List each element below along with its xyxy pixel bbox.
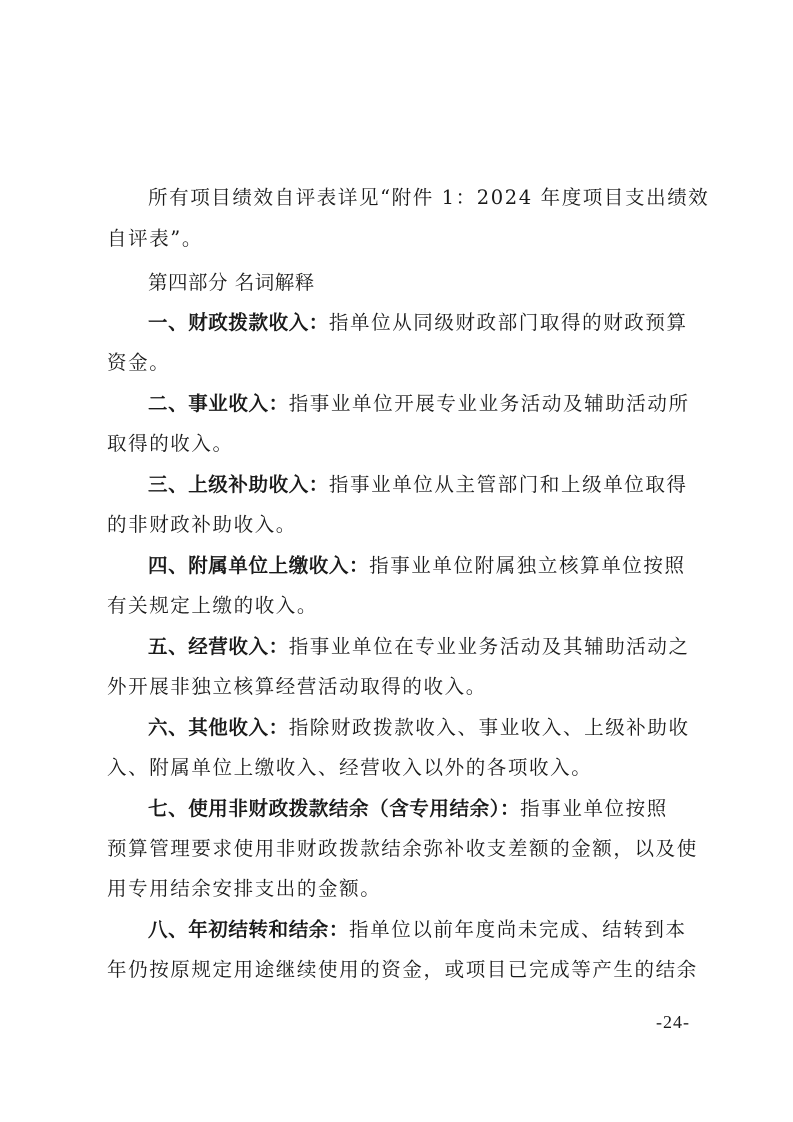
intro-line-1: 所有项目绩效自评表详见“附件 1：2024 年度项目支出绩效 (148, 178, 709, 218)
term-5-line-1: 五、经营收入：指事业单位在专业业务活动及其辅助活动之 (148, 627, 690, 667)
term-6-line-2: 入、附属单位上缴收入、经营收入以外的各项收入。 (107, 748, 592, 788)
term-4-line-1: 四、附属单位上缴收入：指事业单位附属独立核算单位按照 (148, 546, 686, 586)
term-8-line-1: 八、年初结转和结余：指单位以前年度尚未完成、结转到本 (148, 910, 687, 950)
term-3-line-2: 的非财政补助收入。 (107, 505, 297, 545)
term-2-line-2: 取得的收入。 (107, 424, 234, 464)
intro-line-2: 自评表”。 (107, 219, 203, 259)
term-6-line-1: 六、其他收入：指除财政拨款收入、事业收入、上级补助收 (148, 708, 690, 748)
term-label: 八、年初结转和结余： (148, 918, 349, 941)
term-label: 五、经营收入： (148, 635, 289, 658)
term-label: 三、上级补助收入： (148, 473, 329, 496)
term-7-line-1: 七、使用非财政拨款结余（含专用结余）：指事业单位按照 (148, 789, 668, 829)
term-label: 四、附属单位上缴收入： (148, 554, 369, 577)
term-4-line-2: 有关规定上缴的收入。 (107, 586, 318, 626)
term-5-line-2: 外开展非独立核算经营活动取得的收入。 (107, 667, 487, 707)
term-7-line-3: 用专用结余安排支出的金额。 (107, 869, 381, 909)
term-1-line-2: 资金。 (107, 343, 170, 383)
term-label: 二、事业收入： (148, 392, 289, 415)
term-2-line-1: 二、事业收入：指事业单位开展专业业务活动及辅助活动所 (148, 384, 690, 424)
term-label: 七、使用非财政拨款结余（含专用结余）： (148, 797, 520, 820)
section-title: 第四部分 名词解释 (148, 263, 315, 303)
term-8-line-2: 年仍按原规定用途继续使用的资金，或项目已完成等产生的结余 (107, 950, 698, 990)
term-3-line-1: 三、上级补助收入：指事业单位从主管部门和上级单位取得 (148, 465, 688, 505)
term-7-line-2: 预算管理要求使用非财政拨款结余弥补收支差额的金额，以及使 (107, 829, 698, 869)
term-1-line-1: 一、财政拨款收入：指单位从同级财政部门取得的财政预算 (148, 303, 688, 343)
term-label: 一、财政拨款收入： (148, 311, 329, 334)
term-label: 六、其他收入： (148, 716, 289, 739)
page-number: -24- (656, 1012, 690, 1033)
